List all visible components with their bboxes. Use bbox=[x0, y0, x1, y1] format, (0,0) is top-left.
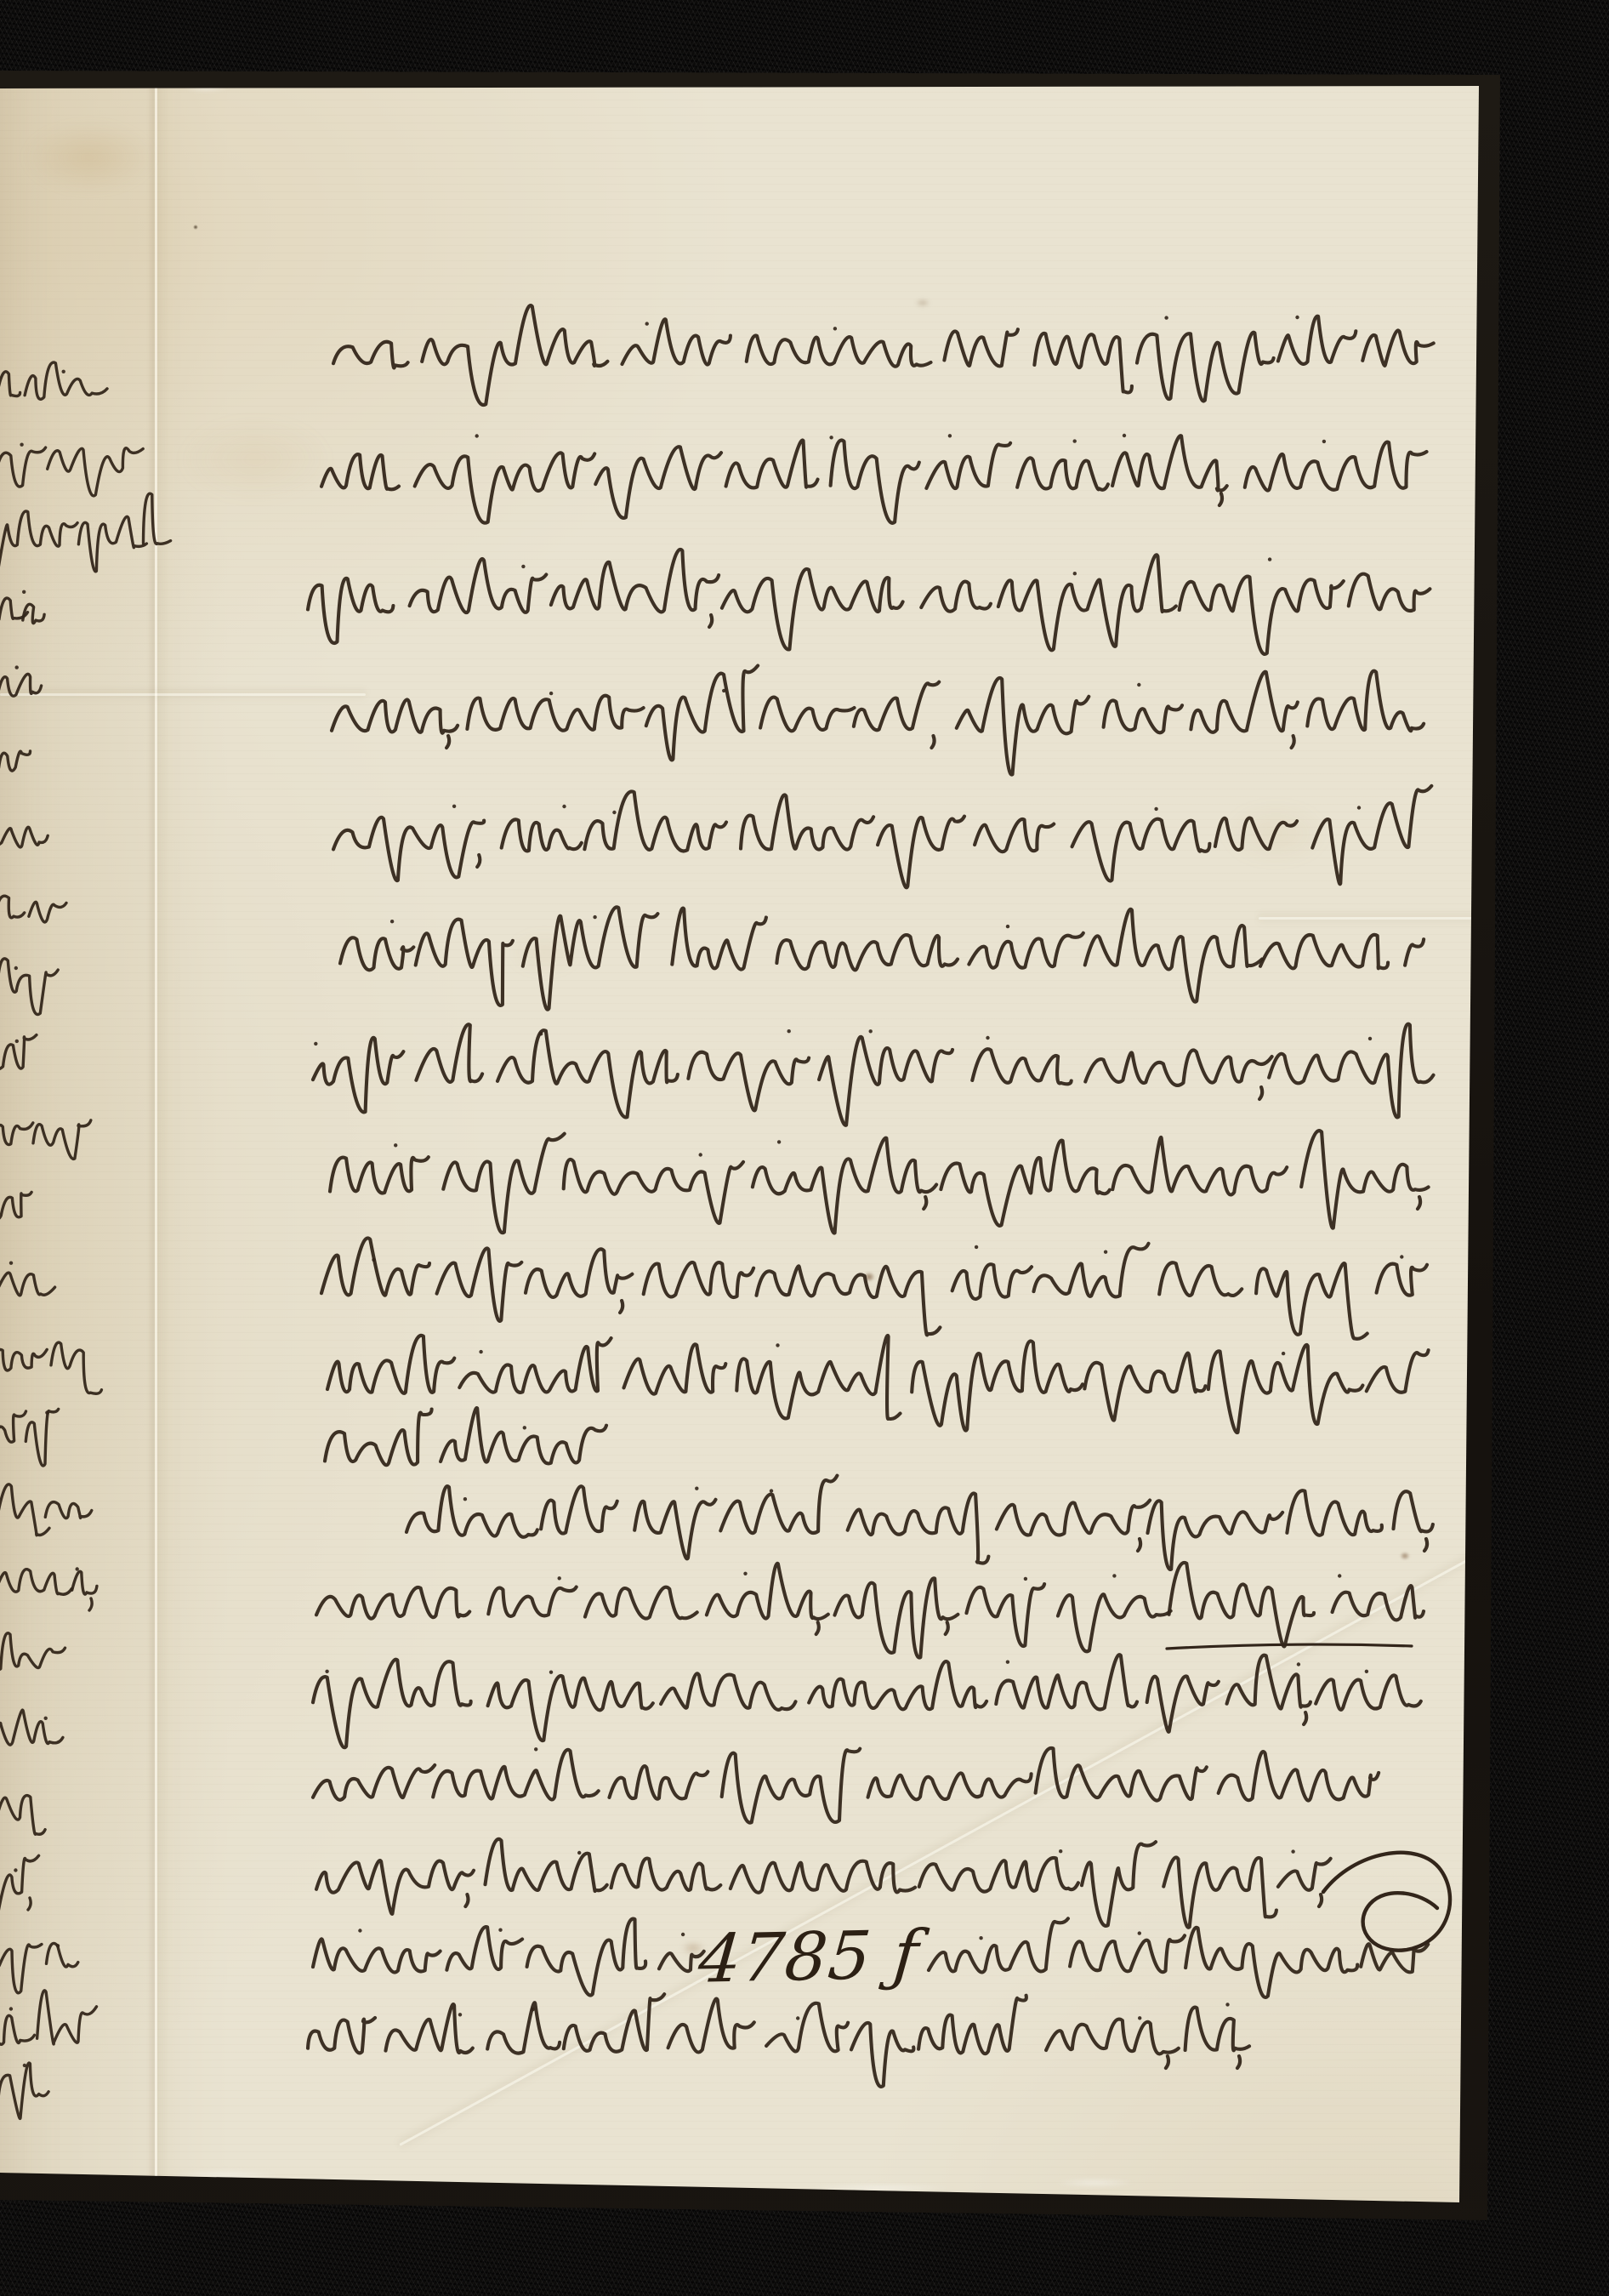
sum-4785-florin: 4785 ƒ bbox=[696, 1917, 922, 1997]
handwritten-line-12 bbox=[407, 1476, 1433, 1570]
handwritten-line-18 bbox=[308, 1994, 1249, 2087]
handwritten-line-11 bbox=[325, 1408, 606, 1465]
handwritten-line-15 bbox=[313, 1747, 1379, 1823]
handwritten-line-8 bbox=[330, 1131, 1429, 1233]
letter-page: 4785 ƒ bbox=[0, 0, 1609, 2296]
handwritten-line-13 bbox=[316, 1563, 1424, 1658]
handwritten-line-10 bbox=[327, 1336, 1429, 1433]
handwritten-line-6 bbox=[340, 907, 1424, 1009]
handwritten-line-7 bbox=[313, 1024, 1434, 1125]
scan-viewport: 4785 ƒ bbox=[0, 0, 1609, 2296]
handwritten-line-1 bbox=[333, 305, 1434, 405]
underline-mark bbox=[1167, 1644, 1412, 1649]
handwritten-line-14 bbox=[313, 1655, 1421, 1747]
handwritten-line-4 bbox=[332, 666, 1424, 775]
handwritten-line-2 bbox=[321, 434, 1427, 523]
facing-page-line-endings bbox=[0, 362, 171, 2118]
handwritten-line-5 bbox=[333, 786, 1431, 887]
pen-loop-flourish bbox=[1323, 1853, 1450, 1951]
handwritten-line-3 bbox=[308, 550, 1430, 654]
handwritten-line-9 bbox=[321, 1238, 1427, 1338]
